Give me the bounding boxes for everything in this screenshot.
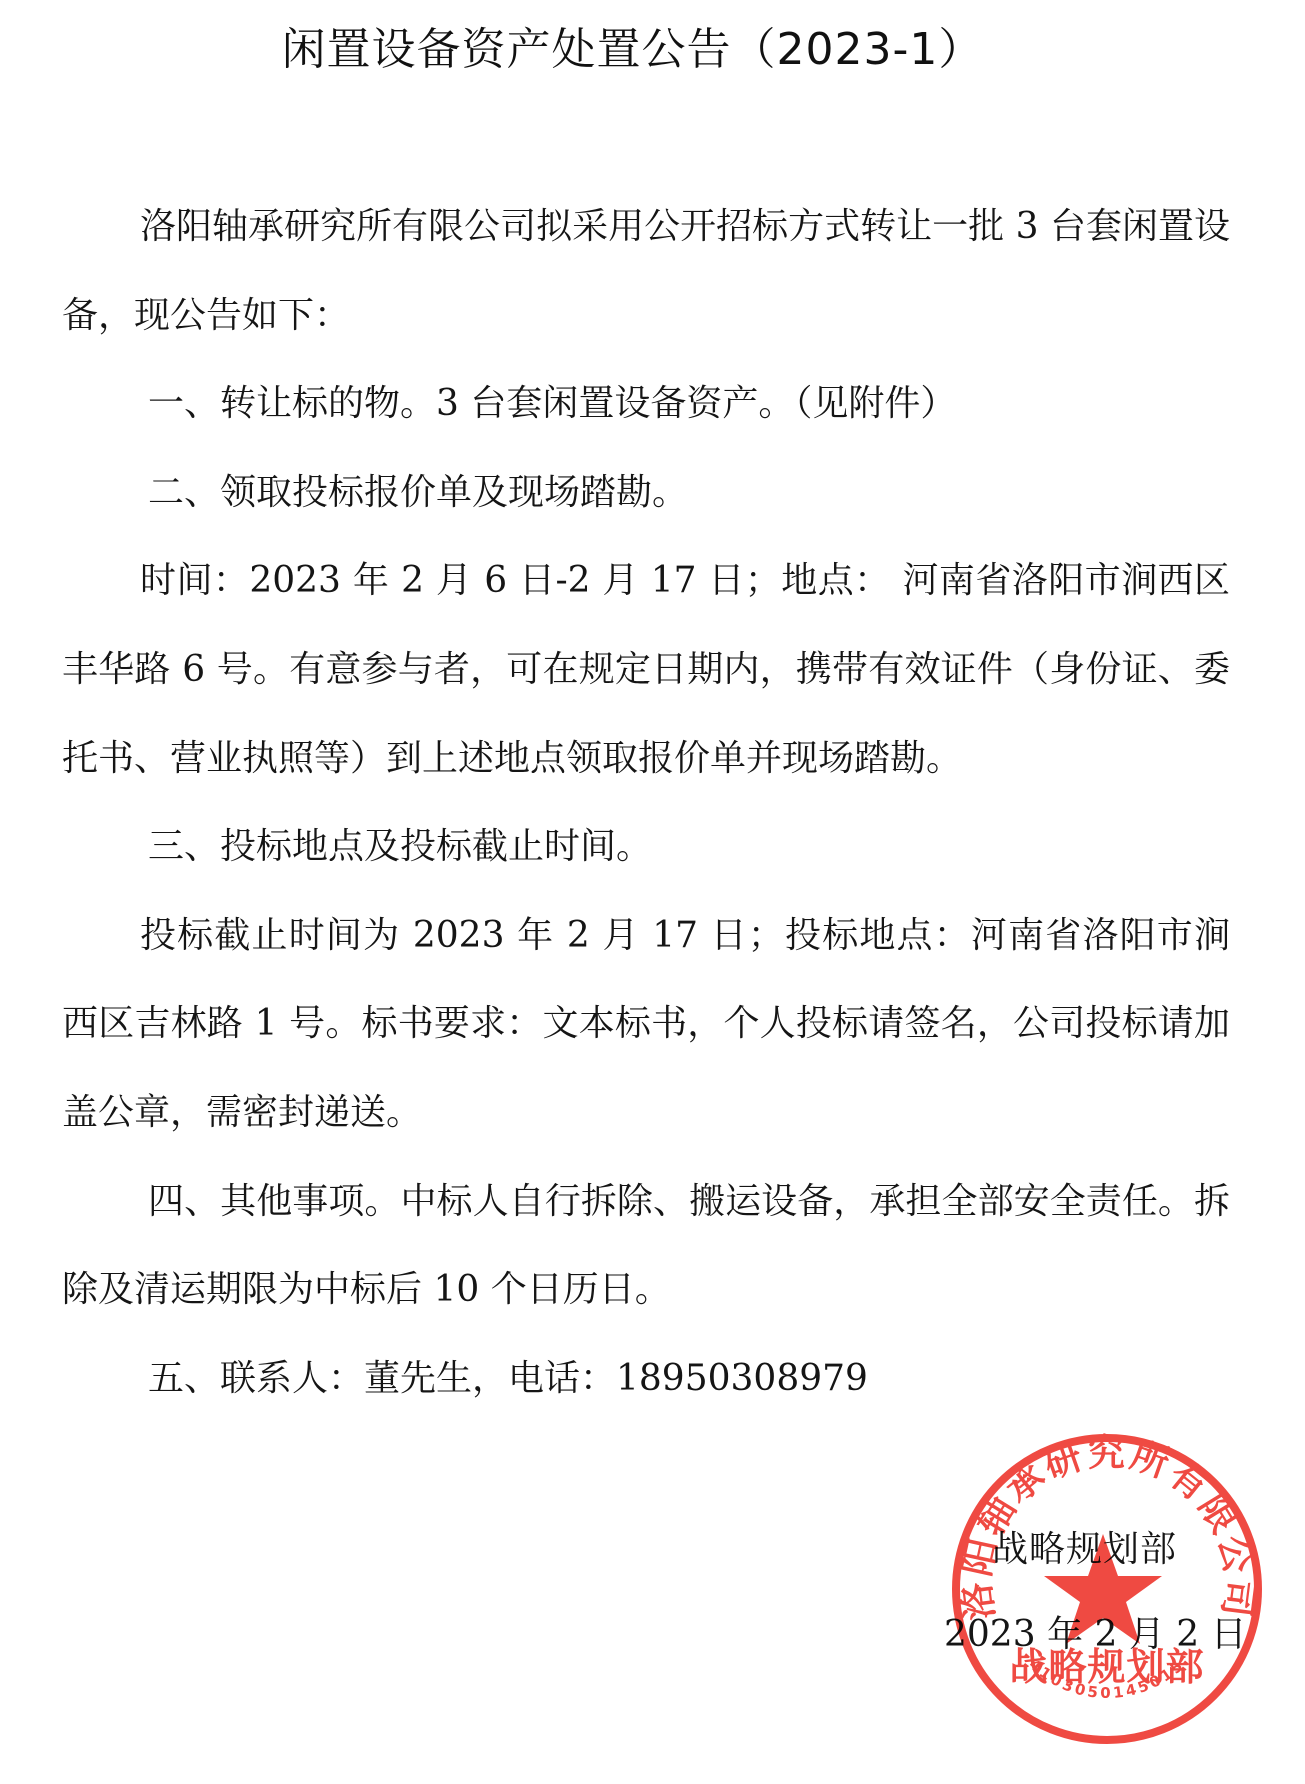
paragraph-intro: 洛阳轴承研究所有限公司拟采用公开招标方式转让一批 3 台套闲置设备，现公告如下： bbox=[62, 183, 1230, 360]
section-3-detail: 投标截止时间为 2023 年 2 月 17 日；投标地点：河南省洛阳市涧西区吉林… bbox=[62, 892, 1230, 1158]
section-5-contact: 五、联系人：董先生，电话：18950308979 bbox=[62, 1335, 1230, 1424]
star-icon bbox=[1044, 1534, 1162, 1644]
section-2-detail: 时间：2023 年 2 月 6 日-2 月 17 日；地点： 河南省洛阳市涧西区… bbox=[62, 537, 1230, 803]
seal-graphic: 洛阳轴承研究所有限公司 战略规划部 4103050145015 bbox=[948, 1430, 1266, 1748]
document-title: 闲置设备资产处置公告（2023-1） bbox=[0, 22, 1265, 78]
section-4-other-matters: 四、其他事项。中标人自行拆除、搬运设备，承担全部安全责任。拆除及清运期限为中标后… bbox=[62, 1158, 1230, 1335]
official-seal: 洛阳轴承研究所有限公司 战略规划部 4103050145015 bbox=[948, 1430, 1266, 1748]
section-3-heading: 三、投标地点及投标截止时间。 bbox=[62, 803, 1230, 892]
section-1-heading: 一、转让标的物。3 台套闲置设备资产。（见附件） bbox=[62, 360, 1230, 449]
document-body: 洛阳轴承研究所有限公司拟采用公开招标方式转让一批 3 台套闲置设备，现公告如下：… bbox=[62, 183, 1230, 1423]
section-2-heading: 二、领取投标报价单及现场踏勘。 bbox=[62, 449, 1230, 538]
